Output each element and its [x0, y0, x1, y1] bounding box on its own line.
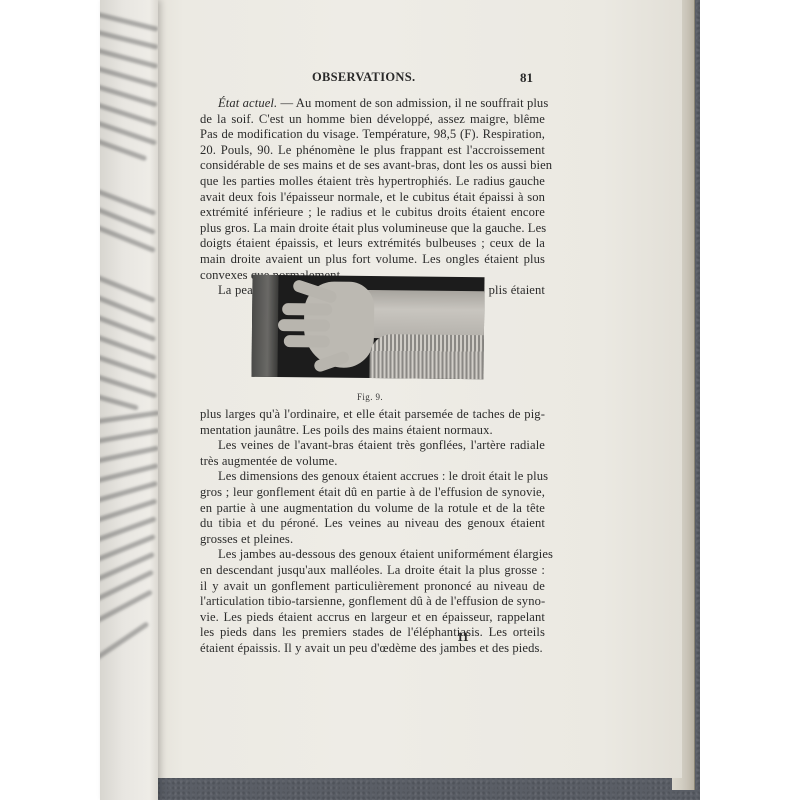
figure-wall: [251, 275, 278, 377]
left-page-blurred-text: [100, 0, 158, 800]
signature-mark: 11: [457, 630, 469, 645]
figure-finger: [278, 319, 330, 332]
book-page: OBSERVATIONS. 81 État actuel. — Au momen…: [152, 0, 682, 778]
left-page-curled: [100, 0, 158, 800]
text-line: très augmentée de volume.: [200, 454, 545, 470]
text-line: plus gros. La main droite était plus vol…: [200, 221, 545, 237]
running-head: OBSERVATIONS. 81: [152, 70, 682, 90]
text-line: Pas de modification du visage. Températu…: [200, 127, 545, 143]
text-line: l'articulation tibio-tarsienne, gonfleme…: [200, 594, 545, 610]
figure-finger: [284, 335, 330, 347]
running-title: OBSERVATIONS.: [312, 70, 415, 86]
text-line: extrémité inférieure ; le radius et le c…: [200, 205, 545, 221]
text-line: mentation jaunâtre. Les poils des mains …: [200, 423, 545, 439]
text-line: il y avait un gonflement particulièremen…: [200, 579, 545, 595]
text-line: plus larges qu'à l'ordinaire, et elle ét…: [200, 407, 545, 423]
page-number: 81: [520, 70, 533, 86]
text-line: vie. Les pieds étaient accrus en largeur…: [200, 610, 545, 626]
text-line: Les veines de l'avant-bras étaient très …: [200, 438, 545, 454]
text-line: main droite avaient un plus fort volume.…: [200, 252, 545, 268]
text-line: considérable de ses mains et de ses avan…: [200, 158, 545, 174]
text-line: 20. Pouls, 90. Le phénomène le plus frap…: [200, 143, 545, 159]
text-line: en descendant jusqu'aux malléoles. La dr…: [200, 563, 545, 579]
text-line: du tibia et du péroné. Les veines au niv…: [200, 516, 545, 532]
text-line: doigts étaient épaissis, et leurs extrém…: [200, 236, 545, 252]
text-line: grosses et pleines.: [200, 532, 545, 548]
figure-caption: Fig. 9.: [357, 392, 383, 402]
text-line: que les parties molles étaient très hype…: [200, 174, 545, 190]
text-line: avait deux fois l'épaisseur normale, et …: [200, 190, 545, 206]
figure-sleeve: [369, 334, 484, 379]
text-line: de la soif. C'est un homme bien développ…: [200, 112, 545, 128]
text-line: en partie à une augmentation du volume d…: [200, 501, 545, 517]
figure-finger: [282, 303, 332, 316]
text-line: gros ; leur gonflement était dû en parti…: [200, 485, 545, 501]
text-line: les pieds dans les premiers stades de l'…: [200, 625, 545, 641]
paragraph-block-top: État actuel. — Au moment de son admissio…: [200, 96, 545, 299]
section-lead: État actuel.: [218, 96, 277, 110]
text-line: Les dimensions des genoux étaient accrue…: [200, 469, 545, 485]
text-line: étaient épaissis. Il y avait un peu d'œd…: [200, 641, 545, 657]
book-photo: OBSERVATIONS. 81 État actuel. — Au momen…: [0, 0, 800, 800]
text-line: État actuel. — Au moment de son admissio…: [200, 96, 545, 112]
figure-photograph: [251, 275, 484, 379]
text-line: Les jambes au-dessous des genoux étaient…: [200, 547, 545, 563]
paragraph-block-bottom: plus larges qu'à l'ordinaire, et elle ét…: [200, 407, 545, 657]
